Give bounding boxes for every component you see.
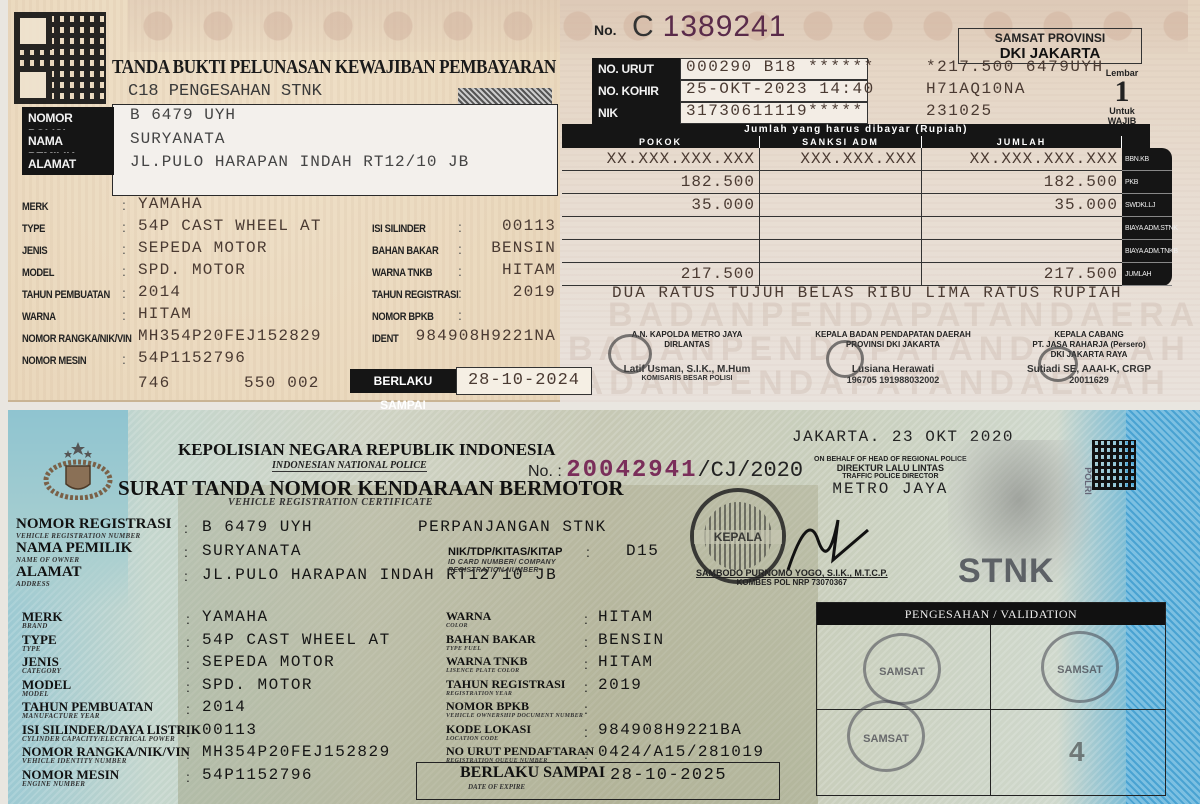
cert-no: 20042941: [566, 457, 697, 484]
sig-title: KEPALA CABANG: [1014, 330, 1164, 340]
colon: :: [122, 351, 126, 367]
receipt-title: TANDA BUKTI PELUNASAN KEWAJIBAN PEMBAYAR…: [112, 56, 556, 79]
field-label-en: CYLINDER CAPACITY/ELECTRICAL POWER: [22, 735, 175, 743]
colon: :: [186, 769, 190, 785]
cell-pokok: [562, 240, 760, 262]
qr-code-icon: [1092, 440, 1136, 490]
label-no-kohir: NO. KOHIR: [592, 80, 680, 102]
cell-sanksi: XXX.XXX.XXX: [760, 148, 922, 170]
samsat-stamp-icon: SAMSAT: [863, 633, 941, 705]
field-label: ALAMAT: [16, 566, 82, 579]
code-b: 550 002: [244, 374, 320, 392]
field-label-en: MANUFACTURE YEAR: [22, 712, 100, 720]
colon: :: [458, 241, 462, 257]
vehicle-field-value: YAMAHA: [138, 195, 203, 213]
on-behalf: ON BEHALF OF HEAD OF REGIONAL POLICE: [814, 456, 967, 463]
field-label-en: COLOR: [446, 622, 468, 630]
nik-extra: 231025: [926, 102, 993, 120]
sig-title: PT. JASA RAHARJA (Persero): [1014, 340, 1164, 350]
signer-block: SAMBODO PURNOMO YOGO, S.I.K., M.T.C.P. K…: [696, 568, 888, 587]
vehicle-field-label: NOMOR BPKB: [372, 311, 434, 323]
colon: :: [122, 219, 126, 235]
vehicle-field-label: IDENT: [372, 333, 398, 345]
table-row: 217.500217.500: [562, 263, 1122, 286]
field-label-en: LOCATION CODE: [446, 735, 498, 743]
payment-table: XX.XXX.XXX.XXXXXX.XXX.XXXXX.XXX.XXX.XXX1…: [562, 148, 1122, 286]
field-value: HITAM: [598, 653, 654, 671]
vehicle-field-value: 54P CAST WHEEL AT: [138, 217, 322, 235]
doc-no-label: No.: [594, 22, 617, 38]
row-label: JUMLAH: [1122, 263, 1172, 286]
colon: :: [584, 679, 588, 695]
vehicle-field-value: BENSIN: [491, 239, 556, 257]
police-emblem-icon: [38, 440, 118, 500]
field-label-en: REGISTRATION YEAR: [446, 690, 512, 698]
nik-value: 31730611119*****: [686, 102, 864, 120]
director-title: DIREKTUR LALU LINTAS: [814, 463, 967, 473]
row-label: BIAYA ADM.TNKB: [1122, 240, 1172, 263]
vehicle-field-label: TYPE: [22, 223, 45, 235]
cell-pokok: 35.000: [562, 194, 760, 216]
field-label-en: TYPE: [22, 645, 41, 653]
validation-cell-4: 4: [991, 710, 1165, 795]
table-row: 35.00035.000: [562, 194, 1122, 217]
vehicle-field-label: MODEL: [22, 267, 54, 279]
cell-pokok: XX.XXX.XXX.XXX: [562, 148, 760, 170]
cell-jumlah: 182.500: [922, 171, 1122, 193]
signature-bapenda: KEPALA BADAN PENDAPATAN DAERAH PROVINSI …: [808, 330, 978, 385]
row-label: SWDKLLJ: [1122, 194, 1172, 217]
vehicle-field-value: 2014: [138, 283, 181, 301]
validation-cell-2: SAMSAT: [991, 625, 1165, 710]
cell-jumlah: 35.000: [922, 194, 1122, 216]
field-value: B 6479 UYH: [202, 518, 313, 536]
colon: :: [458, 307, 462, 323]
samsat-line1: SAMSAT PROVINSI: [959, 31, 1141, 45]
payment-header: Jumlah yang harus dibayar (Rupiah): [562, 124, 1150, 136]
vehicle-field-label: WARNA TNKB: [372, 267, 432, 279]
no-urut-extra: *217.500 6479UYH: [926, 58, 1104, 76]
field-value: YAMAHA: [202, 608, 269, 626]
stamp-text: KEPALA: [694, 530, 782, 544]
hologram-stnk-text: STNK: [958, 552, 1055, 591]
colon: :: [584, 746, 588, 762]
id-label-en: ID CARD NUMBER/ COMPANY REGISTRATION NUM…: [448, 559, 598, 575]
colon: :: [122, 263, 126, 279]
id-value: D15: [626, 542, 659, 560]
cell-pokok: 182.500: [562, 171, 760, 193]
vehicle-field-label: ISI SILINDER: [372, 223, 426, 235]
field-value: 0424/A15/281019: [598, 743, 765, 761]
vehicle-field-value: 984908H9221NA: [416, 327, 556, 345]
sig-name: Sutiadi SE, AAAI-K, CRGP: [1014, 364, 1164, 375]
no-kohir-value: 25-OKT-2023 14:40: [686, 80, 875, 98]
colon: :: [584, 656, 588, 672]
valid-until-value: 28-10-2024: [456, 367, 592, 395]
table-row: XX.XXX.XXX.XXXXXX.XXX.XXXXX.XXX.XXX.XXX: [562, 148, 1122, 171]
vehicle-field-label: BAHAN BAKAR: [372, 245, 438, 257]
cell-pokok: [562, 217, 760, 239]
field-value: BENSIN: [598, 631, 665, 649]
colon: :: [584, 701, 588, 717]
row-label: PKB: [1122, 171, 1172, 194]
doc-series: C: [632, 10, 655, 43]
vehicle-field-label: WARNA: [22, 311, 56, 323]
sig-title: DKI JAKARTA RAYA: [1014, 350, 1164, 360]
vehicle-field-label: NOMOR RANGKA/NIK/VIN: [22, 333, 132, 345]
cert-no-label: No. :: [528, 463, 562, 480]
signer-rank: KOMBES POL NRP 73070367: [696, 578, 888, 587]
colon: :: [186, 634, 190, 650]
colon: :: [584, 634, 588, 650]
samsat-stamp-icon: SAMSAT: [1041, 631, 1119, 703]
colon: :: [458, 219, 462, 235]
field-label: NOMOR REGISTRASI: [16, 518, 171, 531]
validation-cell-1: SAMSAT: [817, 625, 991, 710]
payment-columns: POKOK SANKSI ADM JUMLAH: [562, 136, 1150, 148]
samsat-stamp-icon: SAMSAT: [847, 700, 925, 772]
validation-cell-number: 4: [1069, 736, 1085, 768]
field-label-en: ENGINE NUMBER: [22, 780, 85, 788]
doc-number: C1389241: [632, 10, 786, 44]
cell-jumlah: [922, 217, 1122, 239]
cell-jumlah: 217.500: [922, 263, 1122, 285]
director-title-en: TRAFFIC POLICE DIRECTOR: [814, 473, 967, 480]
colon: :: [122, 329, 126, 345]
signer-name: SAMBODO PURNOMO YOGO, S.I.K., M.T.C.P.: [696, 568, 888, 578]
colon: :: [186, 656, 190, 672]
vehicle-field-value: 54P1152796: [138, 349, 246, 367]
payment-row-labels: BBN.KBPKBSWDKLLJBIAYA ADM.STNKBIAYA ADM.…: [1122, 148, 1172, 286]
field-label-en: LISENCE PLATE COLOR: [446, 667, 519, 675]
doc-no: 1389241: [663, 10, 787, 43]
field-label-en: MODEL: [22, 690, 49, 698]
vehicle-field-label: TAHUN REGISTRASI: [372, 289, 458, 301]
label-no-urut: NO. URUT: [592, 58, 680, 80]
colon: :: [122, 197, 126, 213]
vehicle-field-label: JENIS: [22, 245, 47, 257]
vehicle-field-label: NOMOR MESIN: [22, 355, 86, 367]
colon: :: [122, 285, 126, 301]
field-value: 54P1152796: [202, 766, 313, 784]
field-label-en: CATEGORY: [22, 667, 61, 675]
colon: :: [122, 241, 126, 257]
certificate-number: No. : 20042941/CJ/2020: [528, 457, 803, 484]
field-value: SEPEDA MOTOR: [202, 653, 335, 671]
colon: :: [186, 679, 190, 695]
field-value: 54P CAST WHEEL AT: [202, 631, 391, 649]
qr-code-icon: [14, 12, 106, 104]
issuer-title-en: INDONESIAN NATIONAL POLICE: [272, 460, 427, 472]
colon: :: [186, 724, 190, 740]
col-pokok: POKOK: [562, 136, 760, 148]
alamat-value: JL.PULO HARAPAN INDAH RT12/10 JB: [130, 153, 469, 171]
id-label: NIK/TDP/KITAS/KITAP: [448, 546, 562, 559]
validation-cell-3: SAMSAT: [817, 710, 991, 795]
table-row: [562, 217, 1122, 240]
cell-sanksi: [760, 194, 922, 216]
validation-box: PENGESAHAN / VALIDATION SAMSAT SAMSAT SA…: [816, 602, 1166, 796]
field-label-en: VEHICLE IDENTITY NUMBER: [22, 757, 127, 765]
nomor-polisi-value: B 6479 UYH: [130, 106, 236, 124]
colon: :: [122, 307, 126, 323]
field-value: HITAM: [598, 608, 654, 626]
field-label-en: ADDRESS: [16, 580, 50, 588]
colon: :: [184, 520, 188, 536]
code-a: 746: [138, 374, 170, 392]
service-type: PERPANJANGAN STNK: [418, 518, 607, 536]
field-value: SURYANATA: [202, 542, 302, 560]
expire-label-en: DATE OF EXPIRE: [468, 783, 525, 791]
vehicle-field-value: HITAM: [502, 261, 556, 279]
cell-sanksi: [760, 171, 922, 193]
colon: :: [184, 544, 188, 560]
colon: :: [584, 611, 588, 627]
field-label: NAMA PEMILIK: [16, 542, 132, 555]
cell-jumlah: XX.XXX.XXX.XXX: [922, 148, 1122, 170]
cell-jumlah: [922, 240, 1122, 262]
vehicle-field-value: MH354P20FEJ152829: [138, 327, 322, 345]
colon: :: [584, 724, 588, 740]
label-alamat: ALAMAT: [22, 153, 114, 175]
label-nik: NIK: [592, 102, 680, 124]
cell-pokok: 217.500: [562, 263, 760, 285]
vehicle-field-label: MERK: [22, 201, 48, 213]
field-label-en: NAME OF OWNER: [16, 556, 79, 564]
valid-until-label: BERLAKU SAMPAI: [350, 369, 456, 393]
amount-in-words: DUA RATUS TUJUH BELAS RIBU LIMA RATUS RU…: [612, 284, 1152, 303]
row-label: BBN.KB: [1122, 148, 1172, 171]
stamp-icon: [826, 340, 864, 378]
stamp-icon: [608, 334, 652, 374]
vehicle-registration-certificate: KEPOLISIAN NEGARA REPUBLIK INDONESIA IND…: [8, 410, 1200, 804]
colon: :: [184, 568, 188, 584]
director-block: ON BEHALF OF HEAD OF REGIONAL POLICE DIR…: [814, 456, 967, 498]
lembar-for-1: Untuk: [1092, 106, 1152, 116]
signature-dirlantas: A.N. KAPOLDA METRO JAYA DIRLANTAS Latif …: [612, 330, 762, 382]
field-value: MH354P20FEJ152829: [202, 743, 391, 761]
vehicle-field-value: 2019: [513, 283, 556, 301]
vehicle-field-value: HITAM: [138, 305, 192, 323]
colon: :: [186, 611, 190, 627]
expire-label: BERLAKU SAMPAI: [460, 764, 605, 782]
field-value: 00113: [202, 721, 258, 739]
colon: :: [186, 746, 190, 762]
lembar-number: 1: [1092, 78, 1152, 106]
col-sanksi: SANKSI ADM: [760, 136, 922, 148]
no-kohir-extra: H71AQ10NA: [926, 80, 1026, 98]
sig-role: 20011629: [1014, 375, 1164, 385]
stamp-icon: [1038, 346, 1078, 382]
colon: :: [586, 544, 590, 560]
vehicle-field-value: 00113: [502, 217, 556, 235]
table-row: 182.500182.500: [562, 171, 1122, 194]
sig-role: 196705 191988032002: [808, 375, 978, 385]
vehicle-field-value: SEPEDA MOTOR: [138, 239, 268, 257]
signature-jasa-raharja: KEPALA CABANG PT. JASA RAHARJA (Persero)…: [1014, 330, 1164, 385]
cell-sanksi: [760, 240, 922, 262]
sig-title: KEPALA BADAN PENDAPATAN DAERAH: [808, 330, 978, 340]
vehicle-field-label: TAHUN PEMBUATAN: [22, 289, 110, 301]
cell-sanksi: [760, 263, 922, 285]
field-value: SPD. MOTOR: [202, 676, 313, 694]
receipt-subtitle: C18 PENGESAHAN STNK: [128, 82, 322, 101]
table-row: [562, 240, 1122, 263]
cell-sanksi: [760, 217, 922, 239]
vehicle-field-value: SPD. MOTOR: [138, 261, 246, 279]
row-label: BIAYA ADM.STNK: [1122, 217, 1172, 240]
field-label-en: VEHICLE REGISTRATION NUMBER: [16, 532, 140, 540]
cert-no-suffix: /CJ/2020: [697, 458, 803, 483]
nama-pemilik-value: SURYANATA: [130, 130, 225, 148]
field-value: 2014: [202, 698, 246, 716]
region: METRO JAYA: [814, 480, 967, 498]
field-label-en: VEHICLE OWNERSHIP DOCUMENT NUMBER: [446, 712, 583, 720]
colon: :: [458, 263, 462, 279]
field-label-en: TYPE FUEL: [446, 645, 481, 653]
colon: :: [458, 285, 462, 301]
certificate-title-en: VEHICLE REGISTRATION CERTIFICATE: [228, 497, 433, 508]
expire-value: 28-10-2025: [610, 766, 727, 785]
field-label-en: BRAND: [22, 622, 48, 630]
issuer-title: KEPOLISIAN NEGARA REPUBLIK INDONESIA: [178, 440, 555, 460]
no-urut-value: 000290 B18 ******: [686, 58, 875, 76]
sig-role: KOMISARIS BESAR POLISI: [612, 375, 762, 382]
validation-header: PENGESAHAN / VALIDATION: [817, 603, 1165, 625]
col-jumlah: JUMLAH: [922, 136, 1122, 148]
colon: :: [186, 701, 190, 717]
field-value: 2019: [598, 676, 642, 694]
field-value: 984908H9221BA: [598, 721, 742, 739]
